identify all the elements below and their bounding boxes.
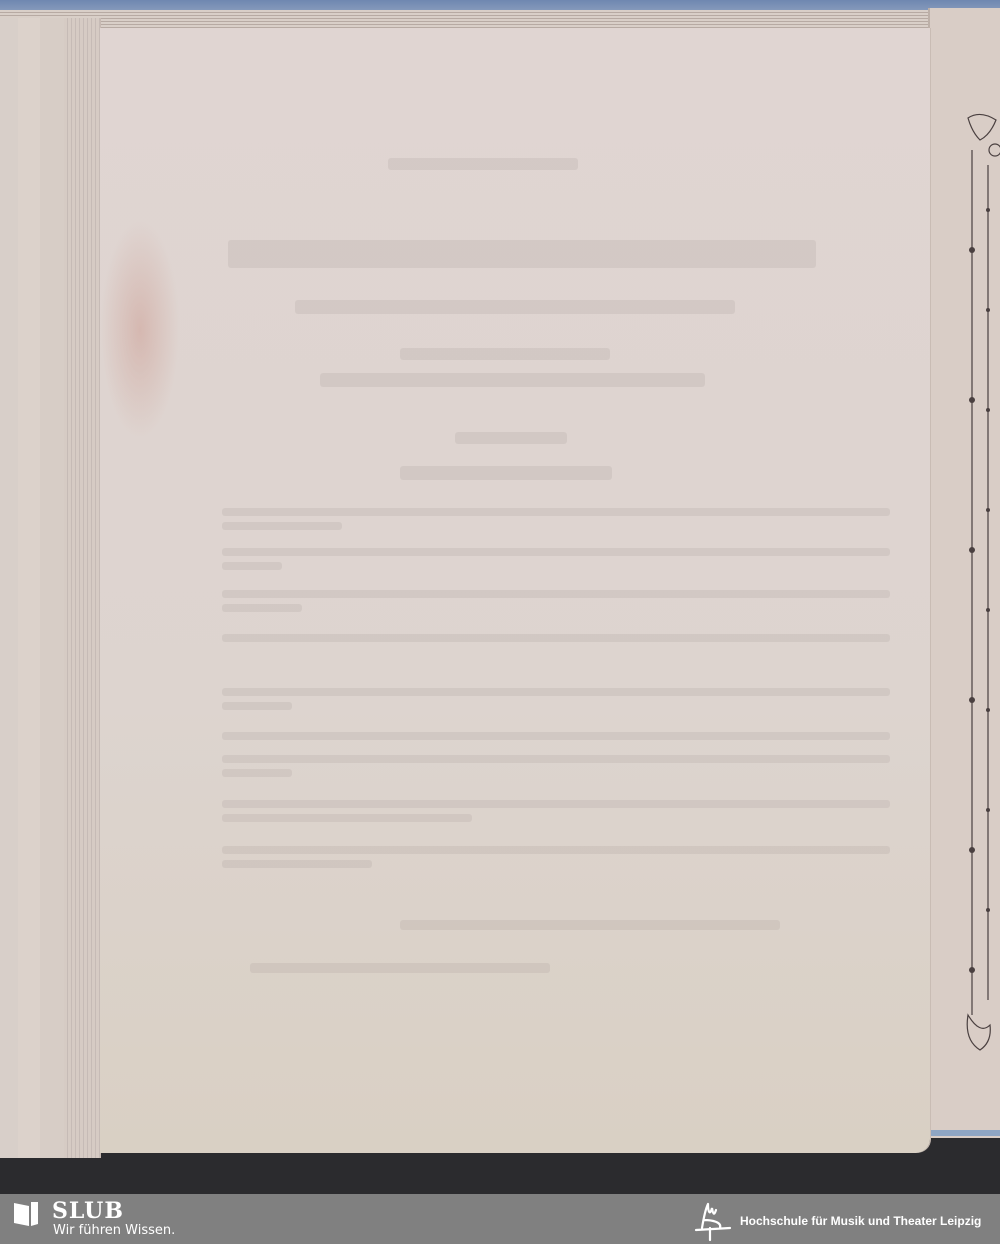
book-page (100, 28, 930, 1153)
hmt-monogram-icon (692, 1198, 736, 1242)
cover-edge (928, 1130, 1000, 1136)
page-stain (100, 220, 180, 440)
slub-book-icon (13, 1201, 39, 1227)
scan-image (0, 0, 1000, 1194)
hmt-name: Hochschule für Musik und Theater Leipzig (740, 1214, 981, 1228)
footer-bar: SLUB Wir führen Wissen. Hochschule für M… (0, 1194, 1000, 1244)
slub-tagline: Wir führen Wissen. (53, 1223, 175, 1238)
ornamental-border (960, 110, 1000, 1055)
slub-title: SLUB (52, 1198, 124, 1224)
